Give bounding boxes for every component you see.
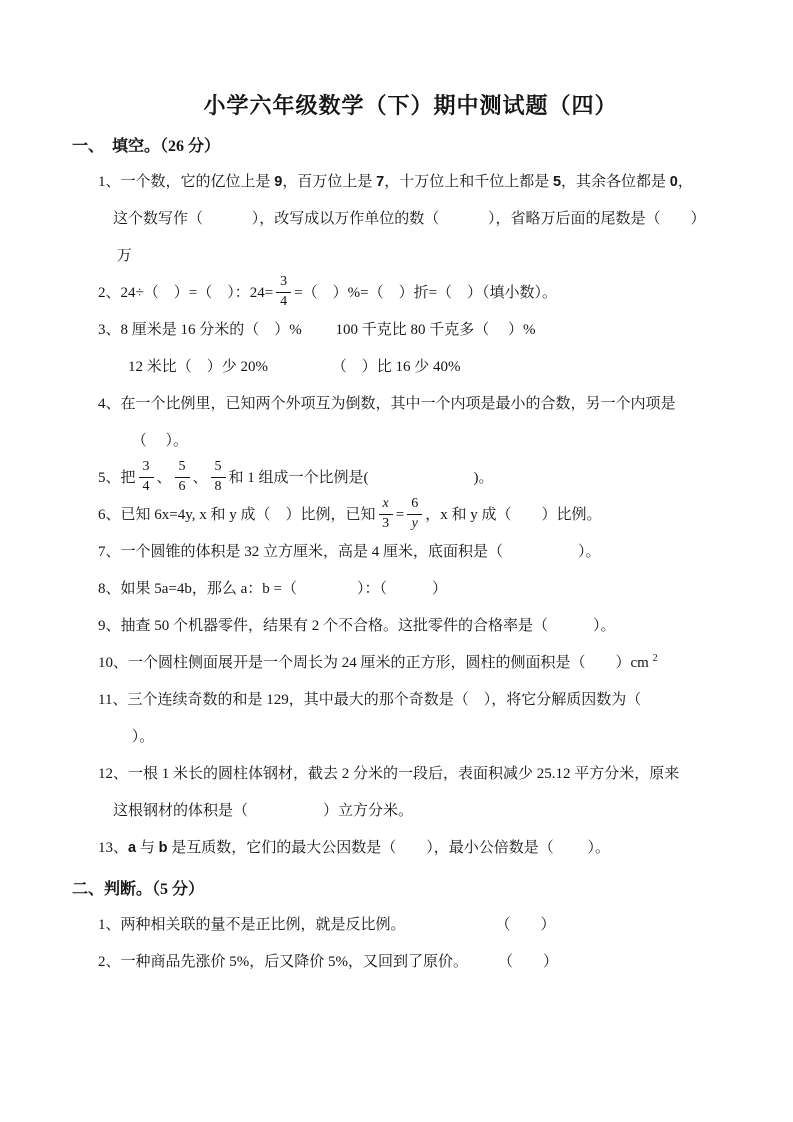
question: 13、a 与 b 是互质数，它们的最大公因数是（ ），最小公倍数是（ ）。 — [72, 830, 749, 867]
fraction: 56 — [175, 459, 190, 494]
fraction: x3 — [379, 496, 393, 531]
text-run: 9、抽查 50 个机器零件，结果有 2 个不合格。这批零件的合格率是（ ）。 — [98, 618, 616, 634]
question-line: 2、24÷（ ）=（ ）：24=34=（ ）%=（ ）折=（ ）（填小数）。 — [98, 275, 749, 312]
text-run: 10、一个圆柱侧面展开是一个周长为 24 厘米的正方形，圆柱的侧面积是（ ）cm — [98, 655, 653, 671]
question: 8、如果 5a=4b，那么 a：b =（ ）：（ ） — [72, 571, 749, 608]
fraction-numerator: 3 — [139, 459, 154, 478]
text-run: 7、一个圆锥的体积是 32 立方厘米，高是 4 厘米，底面积是（ ）。 — [98, 544, 601, 560]
emphasized-text: 5 — [553, 174, 561, 190]
emphasized-text: a — [128, 840, 136, 856]
question-line: 6、已知 6x=4y, x 和 y 成（ ）比例，已知x3=6y，x 和 y 成… — [98, 497, 749, 534]
question-line: 13、a 与 b 是互质数，它们的最大公因数是（ ），最小公倍数是（ ）。 — [98, 830, 749, 867]
text-run: （ ）。 — [98, 433, 188, 449]
test-paper-page: 小学六年级数学（下）期中测试题（四） 一、 填空。（26 分）1、一个数，它的亿… — [0, 0, 793, 1122]
fraction: 34 — [139, 459, 154, 494]
question: 7、一个圆锥的体积是 32 立方厘米，高是 4 厘米，底面积是（ ）。 — [72, 534, 749, 571]
superscript: 2 — [653, 653, 658, 664]
section-heading: 一、 填空。（26 分） — [72, 130, 749, 164]
text-run: 2、一种商品先涨价 5%，后又降价 5%，又回到了原价。 （ ） — [98, 954, 558, 970]
fraction-denominator: 6 — [175, 478, 190, 495]
text-run: 11、三个连续奇数的和是 129，其中最大的那个奇数是（ ），将它分解质因数为（ — [98, 692, 641, 708]
question-line: 3、8 厘米是 16 分米的（ ）% 100 千克比 80 千克多（ ）% — [98, 312, 749, 349]
section: 二、判断。（5 分）1、两种相关联的量不是正比例，就是反比例。 （ ）2、一种商… — [72, 873, 749, 981]
question: 2、一种商品先涨价 5%，后又降价 5%，又回到了原价。 （ ） — [72, 944, 749, 981]
question-line: 12 米比（ ）少 20% （ ）比 16 少 40% — [98, 349, 749, 386]
question-line: 11、三个连续奇数的和是 129，其中最大的那个奇数是（ ），将它分解质因数为（ — [98, 682, 749, 719]
text-run: =（ ）%=（ ）折=（ ）（填小数）。 — [294, 285, 557, 301]
question: 6、已知 6x=4y, x 和 y 成（ ）比例，已知x3=6y，x 和 y 成… — [72, 497, 749, 534]
fraction-numerator: 5 — [175, 459, 190, 478]
fraction-denominator: 4 — [276, 293, 291, 310]
question-line: 7、一个圆锥的体积是 32 立方厘米，高是 4 厘米，底面积是（ ）。 — [98, 534, 749, 571]
text-run: 与 — [136, 840, 159, 856]
question-line: 8、如果 5a=4b，那么 a：b =（ ）：（ ） — [98, 571, 749, 608]
text-run: 是互质数，它们的最大公因数是（ ），最小公倍数是（ ）。 — [167, 840, 610, 856]
emphasized-text: 7 — [376, 174, 384, 190]
page-title: 小学六年级数学（下）期中测试题（四） — [72, 90, 749, 122]
question-line: 2、一种商品先涨价 5%，后又降价 5%，又回到了原价。 （ ） — [98, 944, 749, 981]
question-line: 5、把34、56、58和 1 组成一个比例是( )。 — [98, 460, 749, 497]
question: 5、把34、56、58和 1 组成一个比例是( )。 — [72, 460, 749, 497]
fraction-denominator: y — [407, 515, 422, 532]
question: 10、一个圆柱侧面展开是一个周长为 24 厘米的正方形，圆柱的侧面积是（ ）cm… — [72, 645, 749, 682]
text-run: 8、如果 5a=4b，那么 a：b =（ ）：（ ） — [98, 581, 447, 597]
fraction-numerator: 6 — [407, 496, 422, 515]
section: 一、 填空。（26 分）1、一个数，它的亿位上是 9，百万位上是 7，十万位上和… — [72, 130, 749, 867]
text-run: 这个数写作（ ），改写成以万作单位的数（ ），省略万后面的尾数是（ ） — [98, 211, 706, 227]
text-run: ，百万位上是 — [282, 174, 376, 190]
fraction-numerator: 3 — [276, 274, 291, 293]
text-run: 13、 — [98, 840, 128, 856]
fraction-numerator: 5 — [211, 459, 226, 478]
text-run: 2、24÷（ ）=（ ）：24= — [98, 285, 273, 301]
question-line: 4、在一个比例里，已知两个外项互为倒数，其中一个内项是最小的合数，另一个内项是 — [98, 386, 749, 423]
text-run: 这根钢材的体积是（ ）立方分米。 — [98, 803, 413, 819]
text-run: 4、在一个比例里，已知两个外项互为倒数，其中一个内项是最小的合数，另一个内项是 — [98, 396, 676, 412]
fraction-denominator: 8 — [211, 478, 226, 495]
sections: 一、 填空。（26 分）1、一个数，它的亿位上是 9，百万位上是 7，十万位上和… — [72, 130, 749, 981]
text-run: 1、两种相关联的量不是正比例，就是反比例。 （ ） — [98, 917, 556, 933]
text-run: ，十万位上和千位上都是 — [384, 174, 553, 190]
question-line: 1、两种相关联的量不是正比例，就是反比例。 （ ） — [98, 907, 749, 944]
question: 3、8 厘米是 16 分米的（ ）% 100 千克比 80 千克多（ ）% 12… — [72, 312, 749, 386]
text-run: ，x 和 y 成（ ）比例。 — [425, 507, 601, 523]
question: 1、两种相关联的量不是正比例，就是反比例。 （ ） — [72, 907, 749, 944]
text-run: = — [396, 507, 404, 523]
text-run: ，其余各位都是 — [561, 174, 670, 190]
text-run: 、 — [193, 470, 208, 486]
question: 12、一根 1 米长的圆柱体钢材，截去 2 分米的一段后，表面积减少 25.12… — [72, 756, 749, 830]
question: 1、一个数，它的亿位上是 9，百万位上是 7，十万位上和千位上都是 5，其余各位… — [72, 164, 749, 275]
question-line: 万 — [98, 238, 749, 275]
emphasized-text: 0 — [670, 174, 678, 190]
fraction: 34 — [276, 274, 291, 309]
question: 2、24÷（ ）=（ ）：24=34=（ ）%=（ ）折=（ ）（填小数）。 — [72, 275, 749, 312]
text-run: ）。 — [98, 729, 154, 745]
question-line: （ ）。 — [98, 423, 749, 460]
question-line: 9、抽查 50 个机器零件，结果有 2 个不合格。这批零件的合格率是（ ）。 — [98, 608, 749, 645]
text-run: 12、一根 1 米长的圆柱体钢材，截去 2 分米的一段后，表面积减少 25.12… — [98, 766, 679, 782]
fraction-numerator: x — [379, 496, 393, 515]
fraction-denominator: 4 — [139, 478, 154, 495]
text-run: 和 1 组成一个比例是( )。 — [229, 470, 494, 486]
text-run: 6、已知 6x=4y, x 和 y 成（ ）比例，已知 — [98, 507, 376, 523]
text-run: 3、8 厘米是 16 分米的（ ）% 100 千克比 80 千克多（ ）% — [98, 322, 536, 338]
text-run: 、 — [157, 470, 172, 486]
text-run: 12 米比（ ）少 20% （ ）比 16 少 40% — [98, 359, 461, 375]
question-line: 12、一根 1 米长的圆柱体钢材，截去 2 分米的一段后，表面积减少 25.12… — [98, 756, 749, 793]
fraction: 6y — [407, 496, 422, 531]
question-line: 1、一个数，它的亿位上是 9，百万位上是 7，十万位上和千位上都是 5，其余各位… — [98, 164, 749, 201]
text-run: 万 — [98, 248, 132, 264]
text-run: 1、一个数，它的亿位上是 — [98, 174, 274, 190]
question-line: 这根钢材的体积是（ ）立方分米。 — [98, 793, 749, 830]
question-line: ）。 — [98, 719, 749, 756]
text-run: 5、把 — [98, 470, 136, 486]
fraction: 58 — [211, 459, 226, 494]
question: 9、抽查 50 个机器零件，结果有 2 个不合格。这批零件的合格率是（ ）。 — [72, 608, 749, 645]
question: 11、三个连续奇数的和是 129，其中最大的那个奇数是（ ），将它分解质因数为（… — [72, 682, 749, 756]
question-line: 10、一个圆柱侧面展开是一个周长为 24 厘米的正方形，圆柱的侧面积是（ ）cm… — [98, 645, 749, 682]
fraction-denominator: 3 — [379, 515, 393, 532]
text-run: ， — [678, 174, 693, 190]
question-line: 这个数写作（ ），改写成以万作单位的数（ ），省略万后面的尾数是（ ） — [98, 201, 749, 238]
section-heading: 二、判断。（5 分） — [72, 873, 749, 907]
question: 4、在一个比例里，已知两个外项互为倒数，其中一个内项是最小的合数，另一个内项是 … — [72, 386, 749, 460]
